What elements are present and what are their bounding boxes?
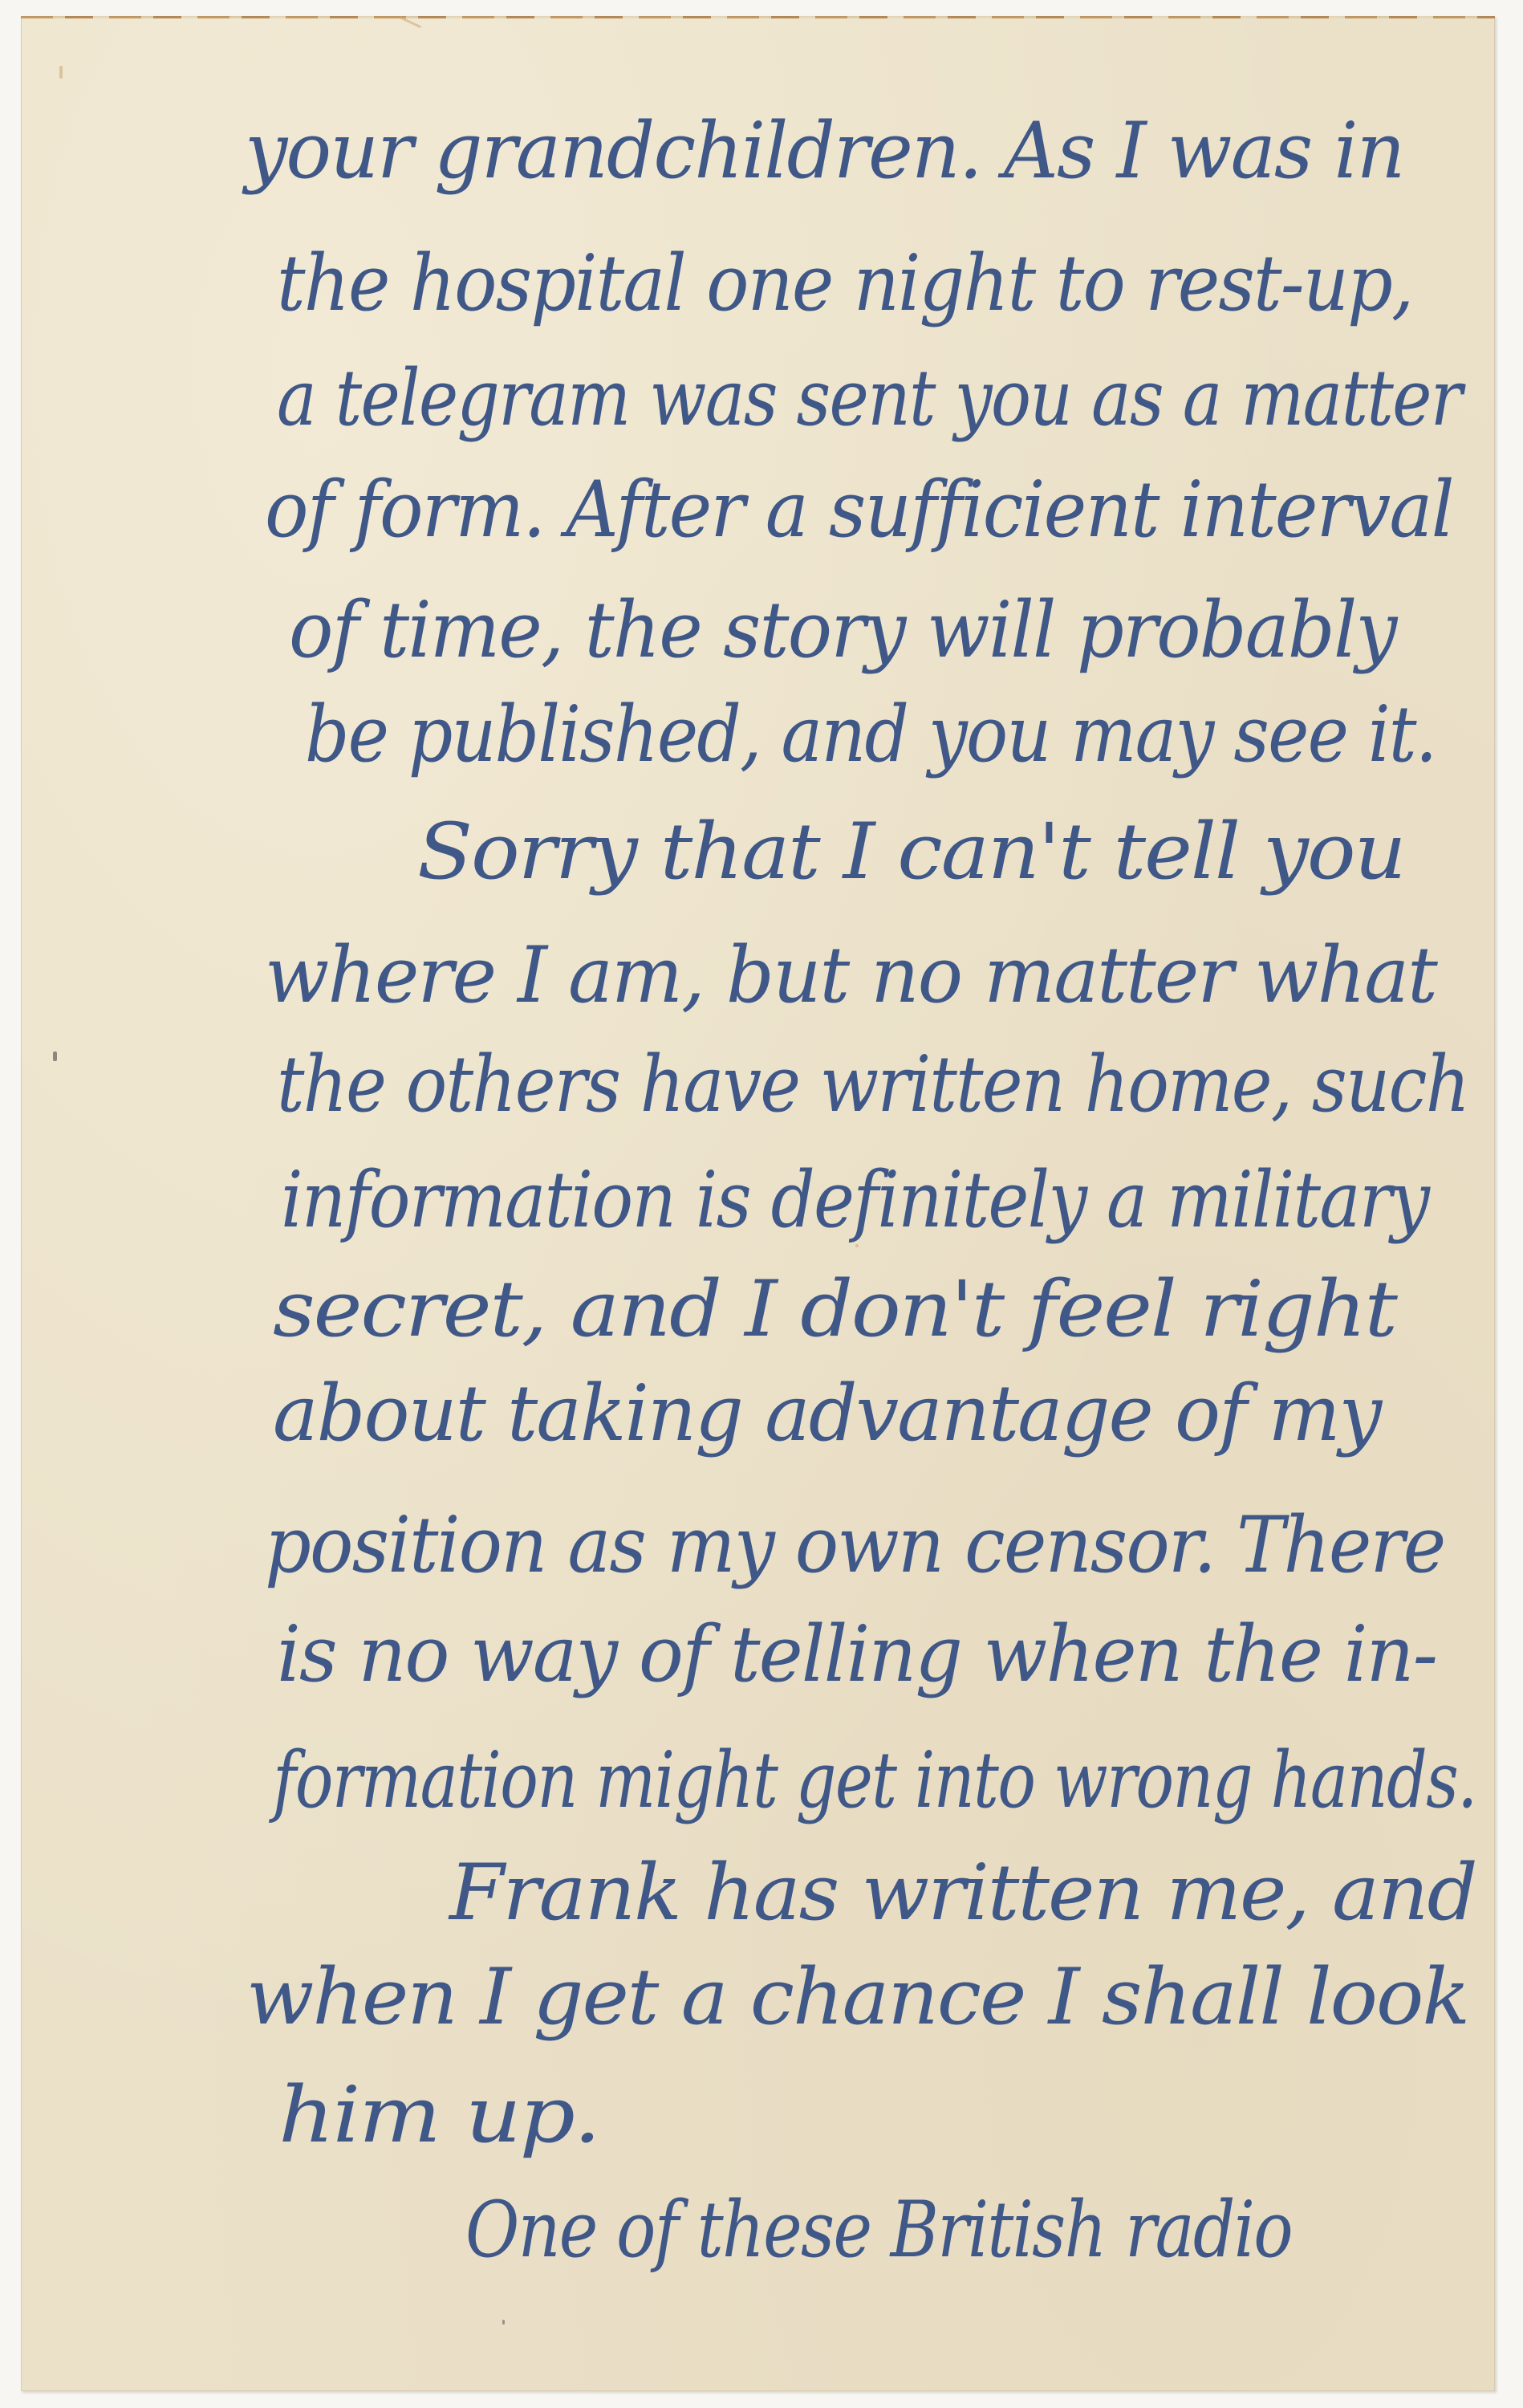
letter-line: about taking advantage of my — [273, 1375, 1380, 1452]
paper-fleck — [59, 66, 63, 79]
paper-torn-edge — [21, 16, 1495, 18]
letter-line: the others have written home, such — [277, 1046, 1468, 1123]
letter-line: a telegram was sent you as a matter — [277, 360, 1461, 437]
letter-line: him up. — [278, 2076, 599, 2154]
letter-line: Frank has written me, and — [449, 1854, 1476, 1931]
letter-line: of time, the story will probably — [289, 592, 1396, 669]
letter-line: of form. After a sufficient interval — [265, 471, 1453, 548]
letter-line: One of these British radio — [465, 2191, 1292, 2268]
letter-line: information is definitely a military — [281, 1161, 1428, 1239]
paper-fleck — [502, 2320, 505, 2325]
letter-line: Sorry that I can't tell you — [417, 813, 1404, 890]
letter-line: formation might get into wrong hands. — [273, 1742, 1476, 1819]
letter-line: when I get a chance I shall look — [246, 1959, 1468, 2036]
letter-line: your grandchildren. As I was in — [245, 112, 1403, 189]
letter-line: is no way of telling when the in- — [277, 1616, 1436, 1693]
paper-fleck — [53, 1051, 57, 1061]
letter-line: position as my own censor. There — [265, 1507, 1444, 1584]
letter-line: where I am, but no matter what — [265, 937, 1436, 1014]
letter-line: be published, and you may see it. — [305, 696, 1436, 773]
letter-line: the hospital one night to rest-up, — [277, 245, 1412, 322]
letter-line: secret, and I don't feel right — [273, 1271, 1396, 1348]
